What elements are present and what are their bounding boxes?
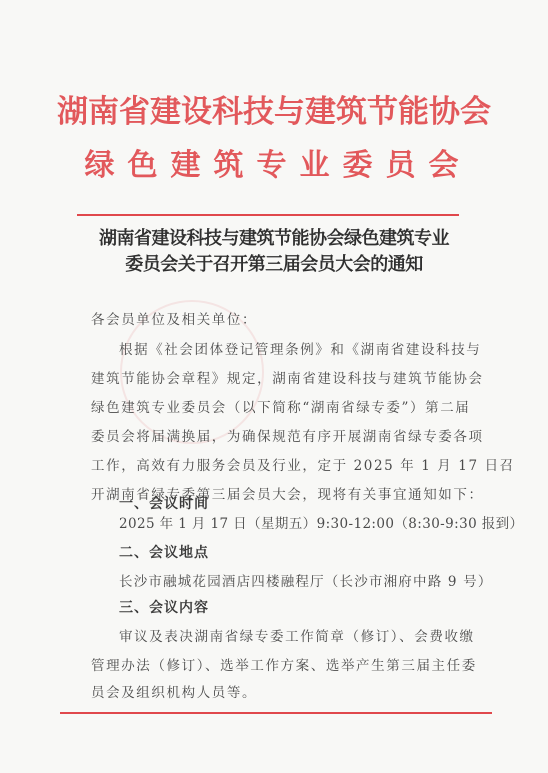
section-heading-time: 一、会议时间 (119, 494, 209, 514)
footer-red-rule (60, 712, 492, 714)
notice-title-line-1: 湖南省建设科技与建筑节能协会绿色建筑专业 (0, 226, 548, 252)
meeting-content-line: 审议及表决湖南省绿专委工作简章（修订）、会费收缴 (119, 627, 499, 647)
section-heading-location: 二、会议地点 (119, 543, 209, 563)
meeting-location-text: 长沙市融城花园酒店四楼融程厅（长沙市湘府中路 9 号） (119, 572, 499, 592)
salutation: 各会员单位及相关单位： (91, 310, 471, 330)
meeting-time-text: 2025 年 1 月 17 日（星期五）9:30-12:00（8:30-9:30… (119, 514, 499, 534)
letterhead-org-name: 湖南省建设科技与建筑节能协会 (0, 92, 548, 132)
intro-line: 根据《社会团体登记管理条例》和《湖南省建设科技与 (119, 340, 499, 360)
notice-title-line-2: 委员会关于召开第三届会员大会的通知 (0, 252, 548, 278)
intro-line: 建筑节能协会章程》规定，湖南省建设科技与建筑节能协会 (91, 369, 471, 389)
section-heading-content: 三、会议内容 (119, 598, 209, 618)
meeting-content-line: 员会及组织机构人员等。 (91, 683, 471, 703)
letterhead-committee-name: 绿色建筑专业委员会 (0, 146, 548, 186)
letterhead-divider-red-rule (77, 214, 459, 216)
meeting-content-line: 管理办法（修订）、选举工作方案、选举产生第三届主任委 (91, 656, 471, 676)
intro-line: 绿色建筑专业委员会（以下简称“湖南省绿专委”）第二届 (91, 398, 471, 418)
intro-line: 工作，高效有力服务会员及行业，定于 2025 年 1 月 17 日召 (91, 456, 471, 476)
document-page: 湖南省建设科技与建筑节能协会 绿色建筑专业委员会 湖南省建设科技与建筑节能协会绿… (0, 0, 548, 773)
intro-line: 委员会将届满换届，为确保规范有序开展湖南省绿专委各项 (91, 427, 471, 447)
